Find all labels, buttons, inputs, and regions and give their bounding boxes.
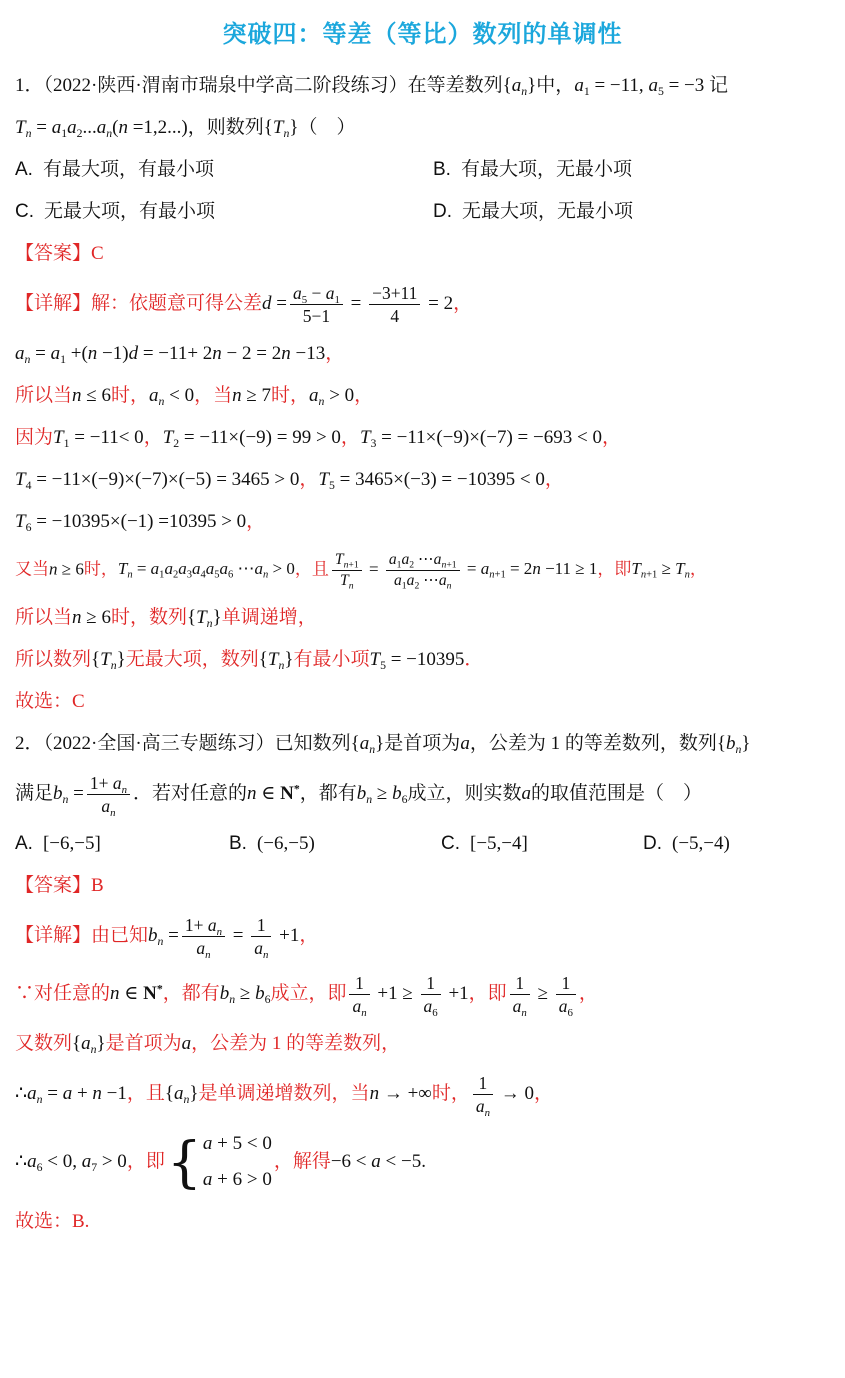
text-run: ，当	[194, 385, 232, 406]
text-run: ，且	[295, 559, 329, 578]
p1-detail-line1: 【详解】解：依题意可得公差d =a5 − a15−1 = −3+114 = 2，	[15, 283, 830, 326]
fraction-denominator: a6	[421, 994, 441, 1016]
case-row: a + 5 < 0	[203, 1131, 272, 1158]
fraction-denominator: an	[87, 794, 130, 816]
text-run: ，	[299, 925, 318, 946]
text-run: =	[346, 293, 366, 314]
text-run: 【答案】B	[15, 875, 104, 896]
option-D: D.无最大项，无最小项	[433, 199, 830, 226]
text-run: an > 0	[309, 385, 354, 406]
text-run: an < 0	[149, 385, 194, 406]
text-run: {an}	[351, 733, 385, 754]
document-body: 1．（2022·陕西·渭南市瑞泉中学高二阶段练习）在等差数列{an}中，a1 =…	[15, 73, 830, 1236]
option-text: (−6,−5)	[257, 833, 315, 854]
p1-stem-line2: Tn = a1a2...an(n =1,2...)，则数列{Tn}（ ）	[15, 115, 830, 142]
text-run: T5 = 3465×(−3) = −10395 < 0	[318, 469, 544, 490]
text-run: ．	[464, 649, 483, 670]
text-run: Tn = a1a2a3a4a5a6 ⋯an > 0	[118, 559, 295, 578]
p2-conclusion: 故选：B.	[15, 1209, 830, 1236]
text-run: ，解得	[274, 1151, 331, 1172]
fraction-numerator: 1	[349, 973, 369, 994]
p2-detail-line5: ∴a6 < 0, a7 > 0，即{a + 5 < 0a + 6 > 0，解得−…	[15, 1131, 830, 1194]
option-label: D.	[433, 201, 452, 222]
text-run: 故选：B.	[15, 1211, 89, 1232]
fraction-denominator: an	[473, 1094, 493, 1116]
text-run: 2．（2022·全国·高三专题练习）已知数列	[15, 733, 351, 754]
p1-detail-line3: 所以当n ≤ 6时，an < 0，当n ≥ 7时，an > 0，	[15, 383, 830, 410]
option-label: B.	[433, 159, 451, 180]
option-A: A.[−6,−5]	[15, 831, 229, 858]
text-run: = 2	[423, 293, 453, 314]
text-run: ∴a6 < 0, a7 > 0	[15, 1151, 127, 1172]
option-text: [−5,−4]	[470, 833, 528, 854]
text-run: 所以当	[15, 385, 72, 406]
fraction-numerator: 1	[421, 973, 441, 994]
text-run: n ∈	[110, 983, 143, 1004]
text-run: 单调递增，	[222, 607, 317, 628]
page-title: 突破四：等差（等比）数列的单调性	[15, 14, 830, 49]
text-run: ，	[534, 1083, 553, 1104]
text-run: T6 = −10395×(−1) =10395 > 0	[15, 511, 246, 532]
p1-detail-line9: 所以数列{Tn}无最大项，数列{Tn}有最小项T5 = −10395．	[15, 647, 830, 674]
p1-options-row2: C.无最大项，有最小项D.无最大项，无最小项	[15, 199, 830, 226]
text-run: 【详解】解：依题意可得公差	[15, 293, 262, 314]
option-text: 有最大项，无最小项	[461, 159, 632, 180]
text-run: 是单调递增数列，当	[199, 1083, 370, 1104]
p1-answer: 【答案】C	[15, 241, 830, 268]
text-run: ，都有	[300, 783, 357, 804]
option-text: [−6,−5]	[43, 833, 101, 854]
fraction: −3+114	[369, 283, 420, 326]
p2-options-row1: A.[−6,−5]B.(−6,−5)C.[−5,−4]D.(−5,−4)	[15, 831, 830, 858]
text-run: ∴an = a + n −1	[15, 1083, 127, 1104]
text-run: ，	[354, 385, 373, 406]
text-run: n ≤ 6	[72, 385, 111, 406]
text-run: 时，	[432, 1083, 470, 1104]
p2-detail-line1: 【详解】由已知bn =1+ anan = 1an +1，	[15, 915, 830, 958]
text-run: ，即	[469, 983, 507, 1004]
text-run: ，	[453, 293, 472, 314]
text-run: = an+1 = 2n −11 ≥ 1	[463, 559, 598, 578]
text-run: ，都有	[163, 983, 220, 1004]
fraction-numerator: a5 − a1	[290, 283, 343, 304]
text-run: ，则数列	[188, 117, 264, 138]
text-run: （ ）	[298, 117, 355, 138]
text-run: Tn+1 ≥ Tn	[631, 559, 690, 578]
text-run: n ≥ 7	[232, 385, 271, 406]
text-run: 时，	[84, 559, 118, 578]
text-run: T4 = −11×(−9)×(−7)×(−5) = 3465 > 0	[15, 469, 299, 490]
text-run: ，	[545, 469, 564, 490]
text-run: 成立，即	[270, 983, 346, 1004]
left-brace-icon: {	[167, 1139, 202, 1186]
text-run: ，	[341, 427, 360, 448]
text-run: bn =	[53, 783, 84, 804]
text-run: 时，	[271, 385, 309, 406]
text-run: {an}	[72, 1033, 106, 1054]
option-text: 有最大项，有最小项	[43, 159, 214, 180]
text-run: → 0	[496, 1083, 534, 1104]
text-run: a	[460, 733, 470, 754]
fraction: 1+ anan	[87, 773, 130, 816]
fraction: 1an	[349, 973, 369, 1016]
fraction-denominator: an	[251, 936, 271, 958]
p1-detail-line6: T6 = −10395×(−1) =10395 > 0，	[15, 509, 830, 536]
fraction-denominator: 4	[369, 304, 420, 326]
option-label: A.	[15, 159, 33, 180]
option-label: A.	[15, 833, 33, 854]
p2-detail-line4: ∴an = a + n −1，且{an}是单调递增数列，当n → +∞时，1an…	[15, 1073, 830, 1116]
fraction-denominator: an	[510, 994, 530, 1016]
text-run: −6 < a < −5.	[331, 1151, 426, 1172]
fraction-denominator: Tn	[332, 570, 362, 590]
text-run: ，	[325, 343, 344, 364]
text-run: ，且	[127, 1083, 165, 1104]
text-run: +1	[274, 925, 299, 946]
text-run: ，	[602, 427, 621, 448]
case-row: a + 6 > 0	[203, 1167, 272, 1194]
fraction: 1an	[473, 1073, 493, 1116]
option-label: B.	[229, 833, 247, 854]
fraction: Tn+1Tn	[332, 551, 362, 590]
fraction-denominator: a1a2 ⋯an	[386, 570, 460, 590]
text-run: T2 = −11×(−9) = 99 > 0	[163, 427, 341, 448]
text-run: n ≥ 6	[49, 559, 84, 578]
text-run: {bn}	[717, 733, 751, 754]
text-run: T3 = −11×(−9)×(−7) = −693 < 0	[360, 427, 602, 448]
p2-answer: 【答案】B	[15, 873, 830, 900]
text-run: N*	[143, 983, 163, 1004]
p1-detail-line8: 所以当n ≥ 6时，数列{Tn}单调递增，	[15, 605, 830, 632]
text-run: T1 = −11< 0	[53, 427, 144, 448]
text-run: {Tn}	[264, 117, 299, 138]
text-run: ≥	[533, 983, 553, 1004]
fraction-numerator: 1+ an	[87, 773, 130, 794]
option-label: C.	[15, 201, 34, 222]
fraction-denominator: 5−1	[290, 304, 343, 326]
option-C: C.[−5,−4]	[441, 831, 643, 858]
text-run: bn ≥ b6	[220, 983, 271, 1004]
text-run: ，	[299, 469, 318, 490]
option-label: D.	[643, 833, 662, 854]
fraction: 1an	[510, 973, 530, 1016]
fraction-numerator: 1	[510, 973, 530, 994]
cases-system: {a + 5 < 0a + 6 > 0	[167, 1131, 272, 1194]
text-run: 满足	[15, 783, 53, 804]
fraction-numerator: 1+ an	[182, 915, 225, 936]
fraction: a5 − a15−1	[290, 283, 343, 326]
p1-detail-line4: 因为T1 = −11< 0，T2 = −11×(−9) = 99 > 0，T3 …	[15, 425, 830, 452]
option-D: D.(−5,−4)	[643, 831, 830, 858]
p2-stem-line1: 2．（2022·全国·高三专题练习）已知数列{an}是首项为a，公差为 1 的等…	[15, 731, 830, 758]
text-run: a	[521, 783, 531, 804]
text-run: n ∈	[247, 783, 280, 804]
fraction-denominator: a6	[556, 994, 576, 1016]
p1-conclusion: 故选：C	[15, 689, 830, 716]
fraction: 1a6	[556, 973, 576, 1016]
option-text: 无最大项，无最小项	[462, 201, 633, 222]
text-run: {an}	[503, 75, 537, 96]
text-run: {Tn}	[259, 649, 294, 670]
fraction-denominator: an	[182, 936, 225, 958]
text-run: a1 = −11, a5 = −3	[574, 75, 704, 96]
text-run: ，	[579, 983, 598, 1004]
text-run: ，公差为 1 的等差数列，数列	[470, 733, 717, 754]
fraction: a1a2 ⋯an+1a1a2 ⋯an	[386, 551, 460, 590]
fraction: 1+ anan	[182, 915, 225, 958]
option-label: C.	[441, 833, 460, 854]
p2-stem-line2: 满足bn =1+ anan．若对任意的n ∈ N*，都有bn ≥ b6成立，则实…	[15, 773, 830, 816]
text-run: {Tn}	[187, 607, 222, 628]
p1-options-row1: A.有最大项，有最小项B.有最大项，无最小项	[15, 157, 830, 184]
fraction: 1a6	[421, 973, 441, 1016]
text-run: 时，数列	[111, 607, 187, 628]
text-run: ∵对任意的	[15, 983, 110, 1004]
text-run: {an}	[165, 1083, 199, 1104]
text-run: ，即	[597, 559, 631, 578]
text-run: ，公差为 1 的等差数列，	[191, 1033, 400, 1054]
text-run: 故选：C	[15, 691, 85, 712]
text-run: =	[228, 925, 248, 946]
text-run: bn ≥ b6	[357, 783, 408, 804]
fraction-numerator: 1	[556, 973, 576, 994]
p2-detail-line3: 又数列{an}是首项为a，公差为 1 的等差数列，	[15, 1031, 830, 1058]
text-run: 的取值范围是（ ）	[531, 783, 702, 804]
text-run: 因为	[15, 427, 53, 448]
text-run: n → +∞	[370, 1083, 432, 1104]
option-B: B.有最大项，无最小项	[433, 157, 830, 184]
text-run: 所以当	[15, 607, 72, 628]
text-run: 所以数列	[15, 649, 91, 670]
fraction-denominator: an	[349, 994, 369, 1016]
option-C: C.无最大项，有最小项	[15, 199, 433, 226]
p1-detail-line7: 又当n ≥ 6时，Tn = a1a2a3a4a5a6 ⋯an > 0，且Tn+1…	[15, 551, 830, 590]
text-run: ，即	[127, 1151, 165, 1172]
text-run: ，	[246, 511, 265, 532]
text-run: =	[365, 559, 383, 578]
text-run: 中，	[536, 75, 574, 96]
text-run: 有最小项	[293, 649, 369, 670]
p1-detail-line2: an = a1 +(n −1)d = −11+ 2n − 2 = 2n −13，	[15, 341, 830, 368]
text-run: Tn = a1a2...an(n =1,2...)	[15, 117, 188, 138]
p1-detail-line5: T4 = −11×(−9)×(−7)×(−5) = 3465 > 0，T5 = …	[15, 467, 830, 494]
worksheet-page: 突破四：等差（等比）数列的单调性 1．（2022·陕西·渭南市瑞泉中学高二阶段练…	[0, 0, 845, 1236]
text-run: 又当	[15, 559, 49, 578]
fraction-numerator: Tn+1	[332, 551, 362, 570]
text-run: 是首项为	[384, 733, 460, 754]
text-run: an = a1 +(n −1)d = −11+ 2n − 2 = 2n −13	[15, 343, 325, 364]
text-run: a	[182, 1033, 192, 1054]
p1-stem-line1: 1．（2022·陕西·渭南市瑞泉中学高二阶段练习）在等差数列{an}中，a1 =…	[15, 73, 830, 100]
text-run: 成立，则实数	[407, 783, 521, 804]
text-run: 记	[704, 75, 728, 96]
option-text: (−5,−4)	[672, 833, 730, 854]
fraction: 1an	[251, 915, 271, 958]
p2-detail-line2: ∵对任意的n ∈ N*，都有bn ≥ b6成立，即1an +1 ≥ 1a6 +1…	[15, 973, 830, 1016]
text-run: 无最大项，数列	[126, 649, 259, 670]
text-run: bn =	[148, 925, 179, 946]
text-run: ，	[144, 427, 163, 448]
text-run: {Tn}	[91, 649, 126, 670]
text-run: N*	[280, 783, 300, 804]
fraction-numerator: −3+11	[369, 283, 420, 304]
fraction-numerator: 1	[473, 1073, 493, 1094]
text-run: ，	[690, 559, 707, 578]
text-run: +1 ≥	[373, 983, 418, 1004]
text-run: 【答案】C	[15, 243, 104, 264]
option-B: B.(−6,−5)	[229, 831, 441, 858]
option-text: 无最大项，有最小项	[44, 201, 215, 222]
text-run: 时，	[111, 385, 149, 406]
fraction-numerator: 1	[251, 915, 271, 936]
text-run: T5 = −10395	[369, 649, 464, 670]
text-run: 又数列	[15, 1033, 72, 1054]
text-run: n ≥ 6	[72, 607, 111, 628]
text-run: ．若对任意的	[133, 783, 247, 804]
text-run: d =	[262, 293, 287, 314]
text-run: 1．（2022·陕西·渭南市瑞泉中学高二阶段练习）在等差数列	[15, 75, 503, 96]
option-A: A.有最大项，有最小项	[15, 157, 433, 184]
text-run: 【详解】由已知	[15, 925, 148, 946]
text-run: +1	[444, 983, 469, 1004]
fraction-numerator: a1a2 ⋯an+1	[386, 551, 460, 570]
text-run: 是首项为	[106, 1033, 182, 1054]
